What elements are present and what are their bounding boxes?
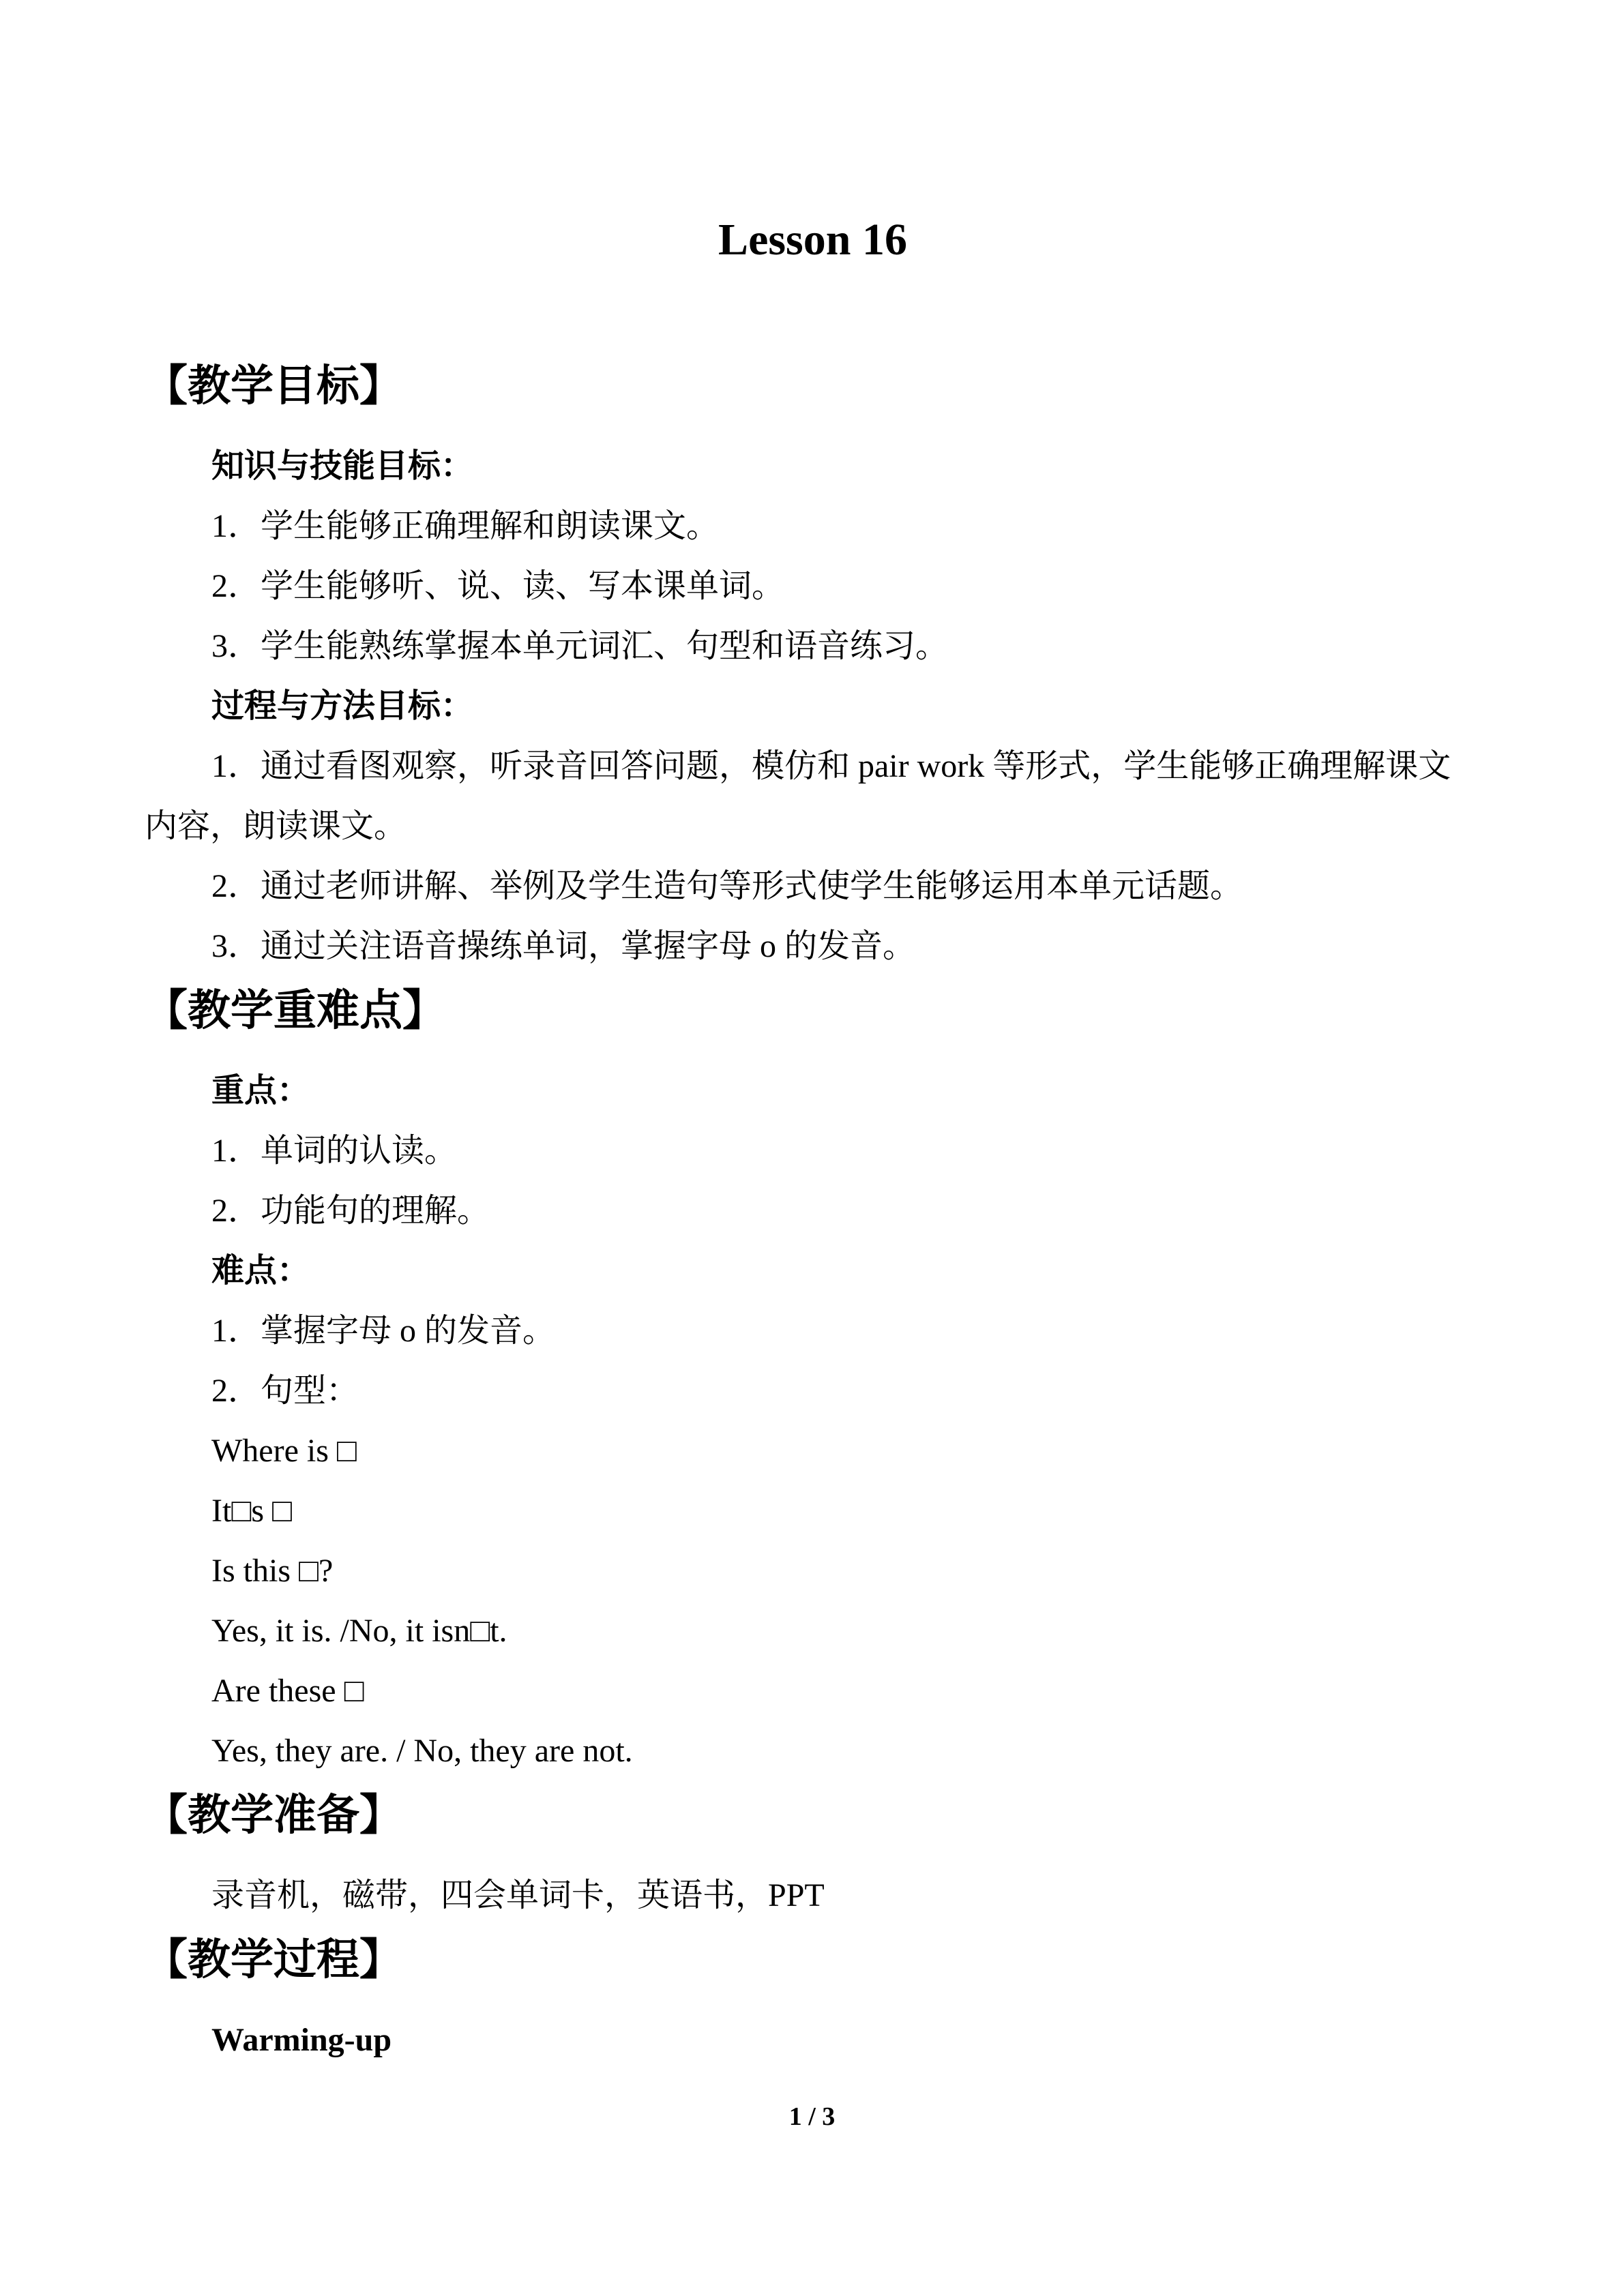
page-number: 1 / 3 — [0, 2102, 1624, 2132]
page-title: Lesson 16 — [145, 210, 1481, 270]
doc-line: 1．学生能够正确理解和朗读课文。 — [145, 496, 1481, 556]
doc-line: Where is □ — [145, 1421, 1481, 1481]
document-body: 【教学目标】知识与技能目标：1．学生能够正确理解和朗读课文。2．学生能够听、说、… — [145, 356, 1481, 2070]
doc-line: 录音机，磁带，四会单词卡，英语书，PPT — [145, 1866, 1481, 1926]
doc-line: 2．句型： — [145, 1361, 1481, 1421]
doc-line: Yes, they are. / No, they are not. — [145, 1721, 1481, 1781]
doc-line: 【教学准备】 — [145, 1785, 1481, 1845]
document-content: Lesson 16 【教学目标】知识与技能目标：1．学生能够正确理解和朗读课文。… — [145, 210, 1481, 2070]
doc-line: Warming-up — [145, 2010, 1481, 2070]
doc-line: 3．学生能熟练掌握本单元词汇、句型和语音练习。 — [145, 616, 1481, 676]
doc-line: 1．掌握字母 o 的发音。 — [145, 1301, 1481, 1361]
doc-line: 内容，朗读课文。 — [145, 796, 1481, 856]
doc-line: 【教学重难点】 — [145, 981, 1481, 1041]
doc-line: 3．通过关注语音操练单词，掌握字母 o 的发音。 — [145, 916, 1481, 976]
doc-line: It□s □ — [145, 1481, 1481, 1541]
doc-line: 知识与技能目标： — [145, 436, 1481, 496]
doc-line: 1．单词的认读。 — [145, 1121, 1481, 1181]
doc-line: 2．学生能够听、说、读、写本课单词。 — [145, 556, 1481, 616]
doc-line: 2．功能句的理解。 — [145, 1181, 1481, 1241]
doc-line: Are these □ — [145, 1661, 1481, 1721]
doc-line: 1．通过看图观察，听录音回答问题，模仿和 pair work 等形式，学生能够正… — [145, 736, 1481, 796]
doc-line: 2．通过老师讲解、举例及学生造句等形式使学生能够运用本单元话题。 — [145, 856, 1481, 916]
document-page: Lesson 16 【教学目标】知识与技能目标：1．学生能够正确理解和朗读课文。… — [0, 0, 1624, 2296]
doc-line: 过程与方法目标： — [145, 676, 1481, 736]
doc-line: Yes, it is. /No, it isn□t. — [145, 1601, 1481, 1661]
doc-line: 【教学过程】 — [145, 1930, 1481, 1990]
doc-line: 难点： — [145, 1241, 1481, 1301]
doc-line: 重点： — [145, 1061, 1481, 1121]
doc-line: Is this □? — [145, 1541, 1481, 1601]
doc-line: 【教学目标】 — [145, 356, 1481, 416]
